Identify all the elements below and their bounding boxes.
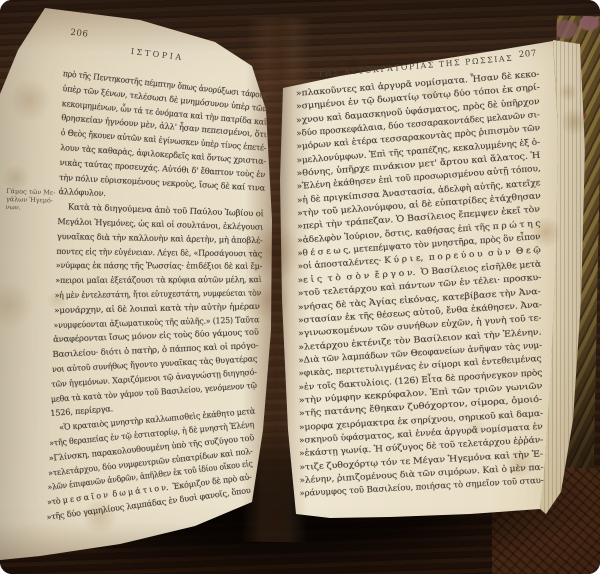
right-page-text: »πλακοῦντες καὶ ἀργυρᾶ νομίσματα. Ἦσαν δ…	[294, 88, 538, 502]
right-page-number: 207	[518, 49, 537, 60]
left-page-number: 206	[70, 28, 89, 40]
photo-of-open-book: 206 ΙΣΤΟΡΙΑ ΤΗΣ ΑΥΤΟΚΡΑΤΟΡΙΑΣ ΤΗΣ ΡΩΣΣΙΑ…	[0, 0, 600, 574]
left-page-text: πρὸ τῆς Πεντηκοστῆς πέμπτην ὅπως ἀνορύξω…	[57, 66, 263, 525]
margin-note: Γάμος τῶν Με- γάλων Ἡγεμό- νων.	[6, 187, 65, 214]
